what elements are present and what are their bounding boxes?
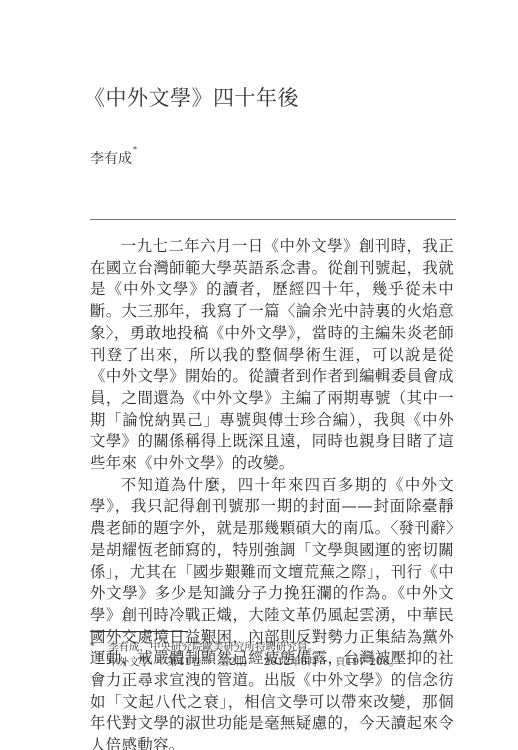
author-byline: 李有成* [90, 148, 137, 168]
footnote-indent [90, 655, 108, 670]
footnote-mark: * [90, 640, 108, 655]
footnote-block: * 李有成，中央研究院歐美研究所特聘研究員。 中外文學 ‧ 第41卷 ‧ 第2期… [90, 640, 470, 670]
author-footnote-mark[interactable]: * [133, 145, 137, 154]
paragraph-1: 一九七二年六月一日《中外文學》創刊時，我正在國立台灣師範大學英語系念書。從創刊號… [90, 236, 454, 475]
paragraph-2: 不知道為什麼，四十年來四百多期的《中外文學》，我只記得創刊號那一期的封面——封面… [90, 475, 454, 750]
footnote-citation-text: 中外文學 ‧ 第41卷 ‧ 第2期 ‧ 2012年6月 ‧ 頁197-200。 [108, 655, 400, 670]
author-name: 李有成 [90, 151, 132, 167]
footnote-divider [90, 631, 188, 632]
article-title: 《中外文學》四十年後 [84, 82, 299, 112]
footnote-author-text: 李有成，中央研究院歐美研究所特聘研究員。 [108, 640, 318, 655]
article-body: 一九七二年六月一日《中外文學》創刊時，我正在國立台灣師範大學英語系念書。從創刊號… [90, 236, 454, 750]
footnote-citation: 中外文學 ‧ 第41卷 ‧ 第2期 ‧ 2012年6月 ‧ 頁197-200。 [90, 655, 470, 670]
footnote-author-note: * 李有成，中央研究院歐美研究所特聘研究員。 [90, 640, 470, 655]
header-divider [90, 219, 456, 220]
